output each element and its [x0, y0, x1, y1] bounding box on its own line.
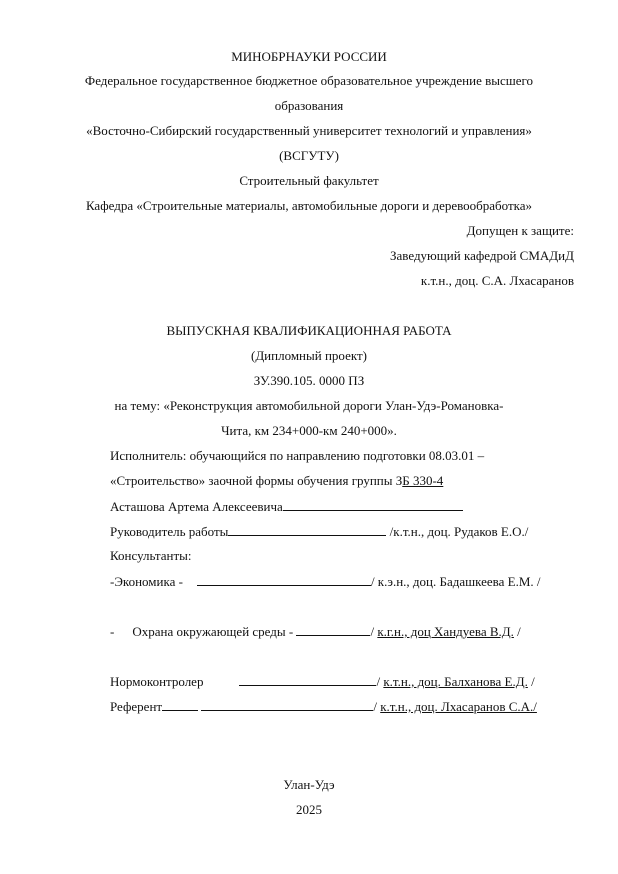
ecology-dash: - — [110, 624, 114, 639]
ecology-end: / — [517, 624, 521, 639]
performer-line-1: Исполнитель: обучающийся по направлению … — [110, 448, 484, 464]
university-abbr: (ВСГУТУ) — [0, 148, 618, 164]
supervisor-label: Руководитель работы — [110, 524, 228, 539]
supervisor-person: /к.т.н., доц. Рудаков Е.О./ — [390, 524, 529, 539]
performer-program: «Строительство» заочной формы обучения г… — [110, 473, 402, 488]
normcontrol-end: / — [531, 674, 535, 689]
economics-person: / к.э.н., доц. Бадашкеева Е.М. / — [371, 574, 541, 589]
work-type-title: ВЫПУСКНАЯ КВАЛИФИКАЦИОННАЯ РАБОТА — [0, 323, 618, 339]
referee-blank-short — [162, 698, 198, 711]
city: Улан-Удэ — [0, 777, 618, 793]
head-of-department-title: Заведующий кафедрой СМАДиД — [390, 248, 574, 264]
referee-signature-line — [201, 698, 373, 711]
referee-row: Референт / к.т.н., доц. Лхасаранов С.А./ — [110, 698, 537, 715]
normcontrol-label: Нормоконтролер — [110, 674, 203, 689]
performer-signature-line — [283, 498, 463, 511]
consultants-label: Консультанты: — [110, 548, 192, 564]
performer-name: Асташова Артема Алексеевича — [110, 499, 283, 514]
consultant-economics-row: -Экономика -/ к.э.н., доц. Бадашкеева Е.… — [110, 573, 540, 590]
ministry-heading: МИНОБРНАУКИ РОССИИ — [0, 49, 618, 65]
economics-signature-line — [197, 573, 371, 586]
performer-line-2: «Строительство» заочной формы обучения г… — [110, 473, 443, 489]
referee-person: к.т.н., доц. Лхасаранов С.А./ — [380, 699, 537, 714]
economics-label: -Экономика - — [110, 574, 183, 589]
supervisor-blank-short — [228, 523, 264, 536]
normcontrol-row: Нормоконтролер/ к.т.н., доц. Балханова Е… — [110, 673, 535, 690]
university-name: «Восточно-Сибирский государственный унив… — [0, 123, 618, 139]
department: Кафедра «Строительные материалы, автомоб… — [0, 198, 618, 214]
normcontrol-slash: / — [376, 674, 380, 689]
normcontrol-person: к.т.н., доц. Балханова Е.Д. — [383, 674, 528, 689]
ecology-person: к.г.н., доц Хандуева В.Д. — [377, 624, 514, 639]
supervisor-row: Руководитель работы /к.т.н., доц. Рудако… — [110, 523, 528, 540]
year: 2025 — [0, 802, 618, 818]
performer-group: Б 330-4 — [402, 473, 443, 488]
faculty: Строительный факультет — [0, 173, 618, 189]
ecology-label: Охрана окружающей среды - — [132, 624, 293, 639]
admitted-label: Допущен к защите: — [467, 223, 574, 239]
document-code: ЗУ.390.105. 0000 ПЗ — [0, 373, 618, 389]
normcontrol-signature-line — [239, 673, 376, 686]
ecology-slash: / — [370, 624, 374, 639]
institution-line-1: Федеральное государственное бюджетное об… — [0, 73, 618, 89]
supervisor-signature-line — [264, 523, 386, 536]
consultant-ecology-row: -Охрана окружающей среды - / к.г.н., доц… — [110, 623, 521, 640]
topic-line-2: Чита, км 234+000-км 240+000». — [0, 423, 618, 439]
head-of-department-name: к.т.н., доц. С.А. Лхасаранов — [421, 273, 574, 289]
topic-line-1: на тему: «Реконструкция автомобильной до… — [0, 398, 618, 414]
work-subtype: (Дипломный проект) — [0, 348, 618, 364]
institution-line-2: образования — [0, 98, 618, 114]
referee-slash: / — [373, 699, 377, 714]
ecology-signature-line — [296, 623, 370, 636]
referee-label: Референт — [110, 699, 162, 714]
performer-name-row: Асташова Артема Алексеевича — [110, 498, 463, 515]
